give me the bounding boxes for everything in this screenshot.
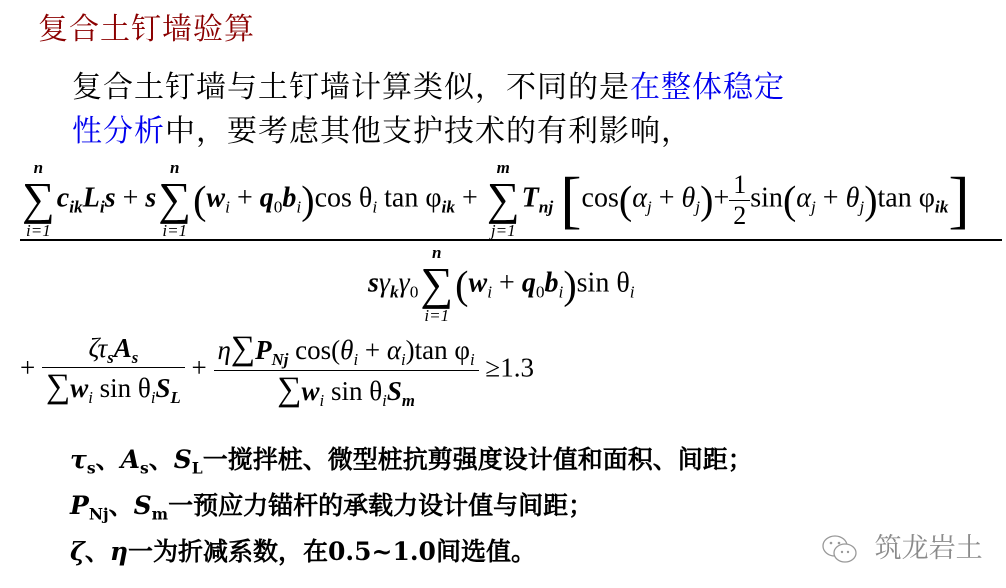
intro-line-1: 复合土钉墙与土钉墙计算类似，不同的是在整体稳定: [72, 62, 785, 106]
watermark-text: 筑龙岩土: [875, 533, 983, 564]
formula-denominator: sγkγ0n∑i=1(wi + q0bi)sin θi: [368, 245, 635, 325]
intro-text: 中，要考虑其他支护技术的有利影响，: [165, 114, 692, 149]
sum-symbol: m∑j=1: [487, 160, 520, 240]
intro-highlight: 在整体稳定: [630, 70, 785, 105]
sum-symbol: n∑i=1: [22, 160, 55, 240]
sum-symbol: n∑i=1: [158, 160, 191, 240]
inequality: ≥1.3: [485, 353, 534, 383]
fraction-2: η∑PNj cos(θi + αi)tan φi ∑wi sin θiSm: [214, 330, 479, 411]
legend-item: ζ、η一为折减系数，在0.5~1.0间选值。: [70, 532, 536, 568]
legend-item: τs、As、SL一搅拌桩、微型桩抗剪强度设计值和面积、间距；: [70, 440, 753, 477]
legend-item: PNj、Sm一预应力锚杆的承载力设计值与间距；: [70, 486, 593, 523]
intro-highlight: 性分析: [72, 114, 165, 149]
page-title: 复合土钉墙验算: [38, 4, 255, 48]
intro-line-2: 性分析中，要考虑其他支护技术的有利影响，: [72, 106, 692, 150]
sum-symbol: n∑i=1: [420, 245, 453, 325]
intro-text: 复合土钉墙与土钉墙计算类似，不同的是: [72, 70, 630, 105]
fraction-1: ζτsAs ∑wi sin θiSL: [42, 333, 185, 409]
formula-numerator: n∑i=1cikLis + sn∑i=1(wi + q0bi)cos θi ta…: [20, 160, 970, 240]
wechat-icon: [820, 533, 875, 564]
fraction-bar: [20, 239, 1002, 241]
formula-second-line: + ζτsAs ∑wi sin θiSL + η∑PNj cos(θi + αi…: [20, 330, 534, 411]
watermark: 筑龙岩土: [820, 526, 983, 567]
